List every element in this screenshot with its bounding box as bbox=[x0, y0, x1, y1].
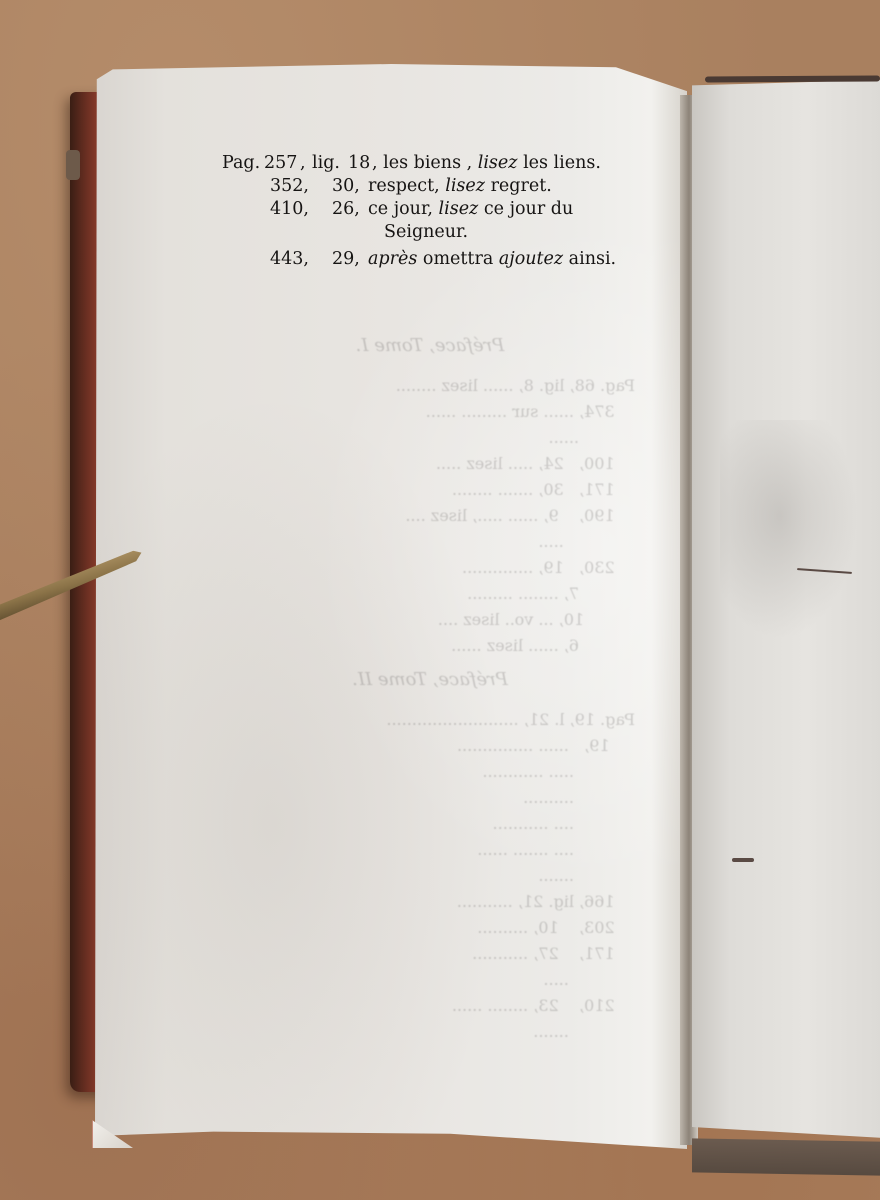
line-prefix: lig. bbox=[312, 152, 340, 175]
errata-row: 352, 30, respect, lisez regret. bbox=[222, 175, 642, 198]
line-number: 30, bbox=[332, 175, 360, 198]
show-through-heading-2: Préface, Tome II. bbox=[225, 667, 635, 693]
show-through-heading-1: Préface, Tome I. bbox=[225, 333, 635, 359]
line-number: 29, bbox=[332, 248, 360, 271]
paper-wrinkle bbox=[720, 420, 870, 660]
right-page-top-edge bbox=[705, 76, 880, 83]
errata-row: 443, 29, après omettra ajoutez ainsi. bbox=[222, 248, 642, 271]
ink-mark bbox=[732, 858, 754, 862]
errata-text: après omettra ajoutez ainsi. bbox=[368, 248, 616, 271]
errata-list: Pag. 257 , lig. 18 , les biens , lisez l… bbox=[222, 152, 642, 271]
page-number: 443, bbox=[270, 248, 309, 271]
page-number: 352, bbox=[270, 175, 309, 198]
page-number: 410, bbox=[270, 198, 309, 221]
book-cover-corner bbox=[66, 150, 80, 180]
line-number: 26, bbox=[332, 198, 360, 221]
page-number: 257 bbox=[264, 152, 297, 175]
errata-text: respect, lisez regret. bbox=[368, 175, 552, 198]
line-number: 18 bbox=[348, 152, 370, 175]
errata-row: Pag. 257 , lig. 18 , les biens , lisez l… bbox=[222, 152, 642, 175]
errata-text: , les biens , lisez les liens. bbox=[372, 152, 601, 175]
page-prefix: Pag. bbox=[222, 152, 260, 175]
errata-text: ce jour, lisez ce jour du bbox=[368, 198, 573, 221]
separator: , bbox=[300, 152, 306, 175]
photo-scene: Préface, Tome I. Pag. 68, lig. 8, ......… bbox=[0, 0, 880, 1200]
show-through-text: Préface, Tome I. Pag. 68, lig. 8, ......… bbox=[225, 325, 635, 1045]
errata-row-continuation: Seigneur. bbox=[222, 221, 642, 244]
right-page-bottom-edge bbox=[692, 1138, 880, 1175]
errata-row: 410, 26, ce jour, lisez ce jour du bbox=[222, 198, 642, 221]
errata-text: Seigneur. bbox=[384, 221, 468, 244]
